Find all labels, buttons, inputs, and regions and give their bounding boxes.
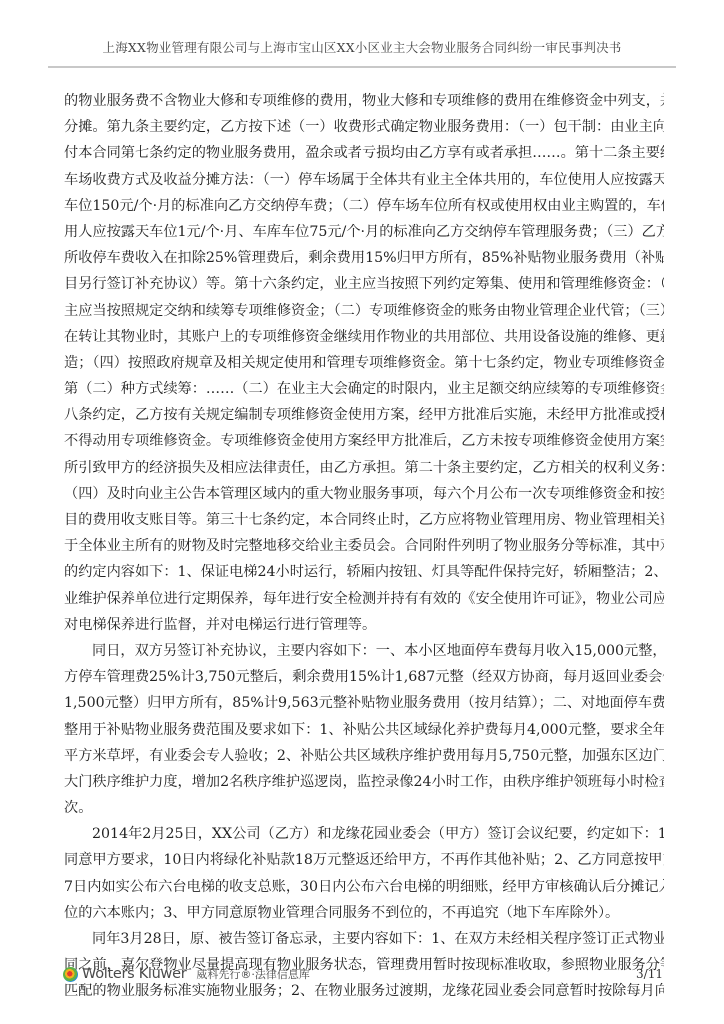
page-footer: Wolters Kluwer 威科先行®·法律信息库 3/11: [63, 963, 663, 985]
text-line: 7日内如实公布六台电梯的收支总账，30日内公布六台电梯的明细账，经甲方审核确认后…: [64, 874, 664, 900]
text-line: 1,500元整）归甲方所有，85%计9,563元整补贴物业服务费用（按月结算）；…: [64, 690, 664, 716]
text-line: 主应当按照规定交纳和续筹专项维修资金；（二）专项维修资金的账务由物业管理企业代管…: [64, 298, 664, 324]
text-line: 业维护保养单位进行定期保养，每年进行安全检测并持有有效的《安全使用许可证》，物业…: [64, 586, 664, 612]
text-line: 付本合同第七条约定的物业服务费用，盈余或者亏损均由乙方享有或者承担……。第十二条…: [64, 140, 664, 166]
text-line: 车位150元/个·月的标准向乙方交纳停车费；（二）停车场车位所有权或使用权由业主…: [64, 193, 664, 219]
text-line: 车场收费方式及收益分摊方法：（一）停车场属于全体共有业主全体共用的，车位使用人应…: [64, 167, 664, 193]
footer-brand-chinese: 威科先行®·法律信息库: [196, 966, 310, 982]
text-line: 不得动用专项维修资金。专项维修资金使用方案经甲方批准后，乙方未按专项维修资金使用…: [64, 428, 664, 454]
paragraph-start-line: 同日，双方另签订补充协议，主要内容如下：一、本小区地面停车费每月收入15,000…: [64, 638, 664, 664]
document-body: 的物业服务费不含物业大修和专项维修的费用，物业大修和专项维修的费用在维修资金中列…: [64, 88, 664, 1005]
text-line: 第（二）种方式续筹：……（二）在业主大会确定的时限内，业主足额交纳应续筹的专项维…: [64, 376, 664, 402]
text-line: （四）及时向业主公告本管理区域内的重大物业服务事项，每六个月公布一次专项维修资金…: [64, 481, 664, 507]
text-line: 整用于补贴物业服务费范围及要求如下：1、补贴公共区域绿化养护费每月4,000元整…: [64, 717, 664, 743]
text-line: 目另行签订补充协议）等。第十六条约定，业主应当按照下列约定筹集、使用和管理维修资…: [64, 271, 664, 297]
text-line: 大门秩序维护力度，增加2名秩序维护巡逻岗，监控录像24小时工作，由秩序维护领班每…: [64, 769, 664, 795]
text-line: 在转让其物业时，其账户上的专项维修资金继续用作物业的共用部位、共用设备设施的维修…: [64, 324, 664, 350]
page-number: 3/11: [636, 967, 663, 981]
text-line: 所收停车费收入在扣除25%管理费后，剩余费用15%归甲方所有，85%补贴物业服务…: [64, 245, 664, 271]
text-line: 所引致甲方的经济损失及相应法律责任，由乙方承担。第二十条主要约定，乙方相关的权利…: [64, 455, 664, 481]
text-line: 目的费用收支账目等。第三十七条约定，本合同终止时，乙方应将物业管理用房、物业管理…: [64, 507, 664, 533]
text-line: 对电梯保养进行监督，并对电梯运行进行管理等。: [64, 612, 664, 638]
paragraph-start-line: 同年3月28日，原、被告签订备忘录，主要内容如下：1、在双方未经相关程序签订正式…: [64, 926, 664, 952]
text-line: 于全体业主所有的财物及时完整地移交给业主委员会。合同附件列明了物业服务分等标准，…: [64, 533, 664, 559]
text-line: 分摊。第九条主要约定，乙方按下述（一）收费形式确定物业服务费用：（一）包干制：由…: [64, 114, 664, 140]
text-line: 造；（四）按照政府规章及相关规定使用和管理专项维修资金。第十七条约定，物业专项维…: [64, 350, 664, 376]
document-header-title: 上海XX物业管理有限公司与上海市宝山区XX小区业主大会物业服务合同纠纷一审民事判…: [0, 38, 724, 56]
text-line: 位的六本账内；3、甲方同意原物业管理合同服务不到位的，不再追究（地下车库除外）。: [64, 900, 664, 926]
text-line: 用人应按露天车位1元/个·月、车库车位75元/个·月的标准向乙方交纳停车管理服务…: [64, 219, 664, 245]
text-line: 八条约定，乙方按有关规定编制专项维修资金使用方案，经甲方批准后实施，未经甲方批准…: [64, 402, 664, 428]
footer-brand: Wolters Kluwer: [82, 966, 186, 982]
paragraph-start-line: 2014年2月25日，XX公司（乙方）和龙缘花园业委会（甲方）签订会议纪要，约定…: [64, 821, 664, 847]
text-line: 平方米草坪，有业委会专人验收；2、补贴公共区域秩序维护费用每月5,750元整，加…: [64, 743, 664, 769]
text-line: 次。: [64, 795, 664, 821]
wolters-kluwer-globe-icon: [63, 967, 78, 982]
text-line: 的约定内容如下：1、保证电梯24小时运行，轿厢内按钮、灯具等配件保持完好，轿厢整…: [64, 559, 664, 585]
text-line: 同意甲方要求，10日内将绿化补贴款18万元整返还给甲方，不再作其他补贴；2、乙方…: [64, 847, 664, 873]
text-line: 方停车管理费25%计3,750元整后，剩余费用15%计1,687元整（经双方协商…: [64, 664, 664, 690]
header-divider: [48, 66, 676, 68]
text-line: 的物业服务费不含物业大修和专项维修的费用，物业大修和专项维修的费用在维修资金中列…: [64, 88, 664, 114]
